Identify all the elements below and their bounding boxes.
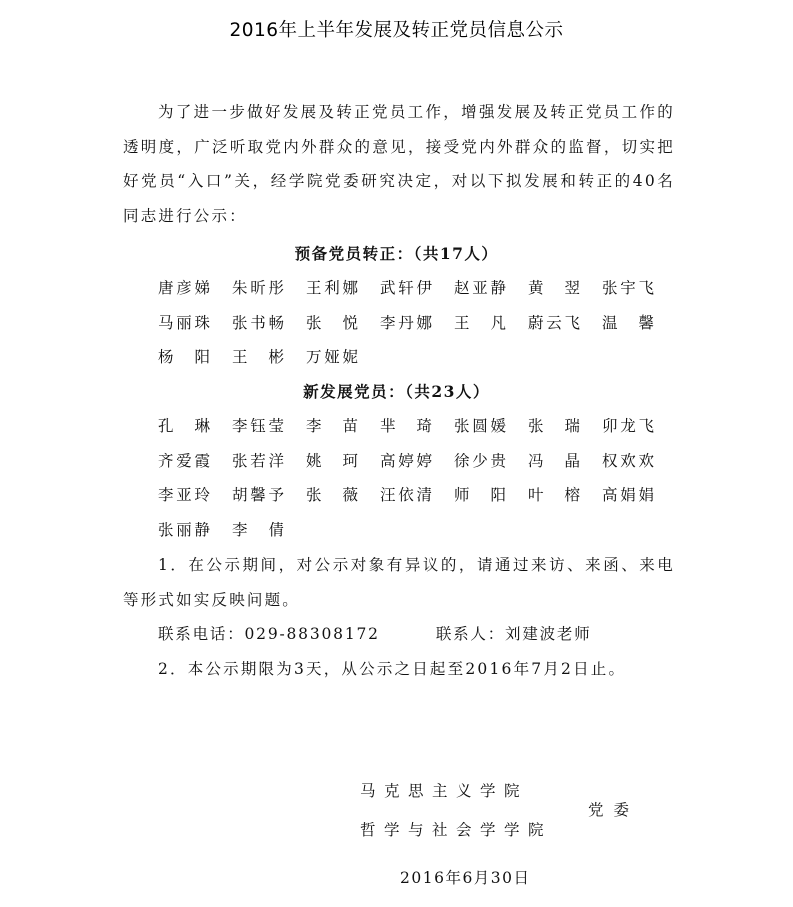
note-period: 2．本公示期限为3天，从公示之日起至2016年7月2日止。 [123, 652, 675, 687]
member-name: 胡馨予 [232, 478, 284, 513]
member-name: 高婷婷 [380, 444, 432, 479]
new-members-name-list: 孔琳李钰莹李苗芈琦张圆媛张瑞卯龙飞齐爱霞张若洋姚珂高婷婷徐少贵冯晶权欢欢李亚玲胡… [158, 409, 678, 547]
member-name: 张丽静 [158, 513, 210, 548]
signature-org-marxism: 马克思主义学院 [360, 779, 528, 801]
member-name: 唐彦娣 [158, 271, 210, 306]
signature-org-philosophy: 哲学与社会学学院 [360, 818, 552, 840]
member-name: 芈琦 [380, 409, 432, 444]
member-name: 叶榕 [528, 478, 580, 513]
member-name: 马丽珠 [158, 306, 210, 341]
document-title: 2016年上半年发展及转正党员信息公示 [0, 16, 793, 42]
member-name: 王利娜 [306, 271, 358, 306]
member-name: 张书畅 [232, 306, 284, 341]
member-name: 张宇飞 [602, 271, 654, 306]
member-name: 孔琳 [158, 409, 210, 444]
member-name: 王彬 [232, 340, 284, 375]
member-name: 师阳 [454, 478, 506, 513]
member-name: 杨阳 [158, 340, 210, 375]
member-name: 武轩伊 [380, 271, 432, 306]
member-name: 张圆媛 [454, 409, 506, 444]
probationary-name-list: 唐彦娣朱昕彤王利娜武轩伊赵亚静黄翌张宇飞马丽珠张书畅张悦李丹娜王凡蔚云飞温馨杨阳… [158, 271, 678, 375]
member-name: 蔚云飞 [528, 306, 580, 341]
new-members-heading: 新发展党员：（共23人） [0, 380, 793, 402]
member-name: 李丹娜 [380, 306, 432, 341]
member-name: 张薇 [306, 478, 358, 513]
member-name: 王凡 [454, 306, 506, 341]
member-name: 徐少贵 [454, 444, 506, 479]
member-name: 李亚玲 [158, 478, 210, 513]
member-name: 黄翌 [528, 271, 580, 306]
member-name: 李钰莹 [232, 409, 284, 444]
member-name: 冯晶 [528, 444, 580, 479]
member-name: 朱昕彤 [232, 271, 284, 306]
probationary-heading: 预备党员转正：（共17人） [0, 242, 793, 264]
contact-phone: 联系电话：029-88308172 [158, 625, 380, 643]
member-name: 温馨 [602, 306, 654, 341]
contact-person: 联系人：刘建波老师 [436, 625, 592, 643]
member-name: 齐爱霞 [158, 444, 210, 479]
intro-paragraph: 为了进一步做好发展及转正党员工作，增强发展及转正党员工作的透明度，广泛听取党内外… [123, 95, 675, 233]
member-name: 李苗 [306, 409, 358, 444]
member-name: 李倩 [232, 513, 284, 548]
member-name: 张瑞 [528, 409, 580, 444]
member-name: 汪依清 [380, 478, 432, 513]
member-name: 张悦 [306, 306, 358, 341]
member-name: 卯龙飞 [602, 409, 654, 444]
member-name: 张若洋 [232, 444, 284, 479]
note-objection: 1．在公示期间，对公示对象有异议的，请通过来访、来函、来电等形式如实反映问题。 [123, 548, 675, 617]
member-name: 赵亚静 [454, 271, 506, 306]
signature-party-committee: 党委 [588, 798, 639, 820]
signature-date: 2016年6月30日 [400, 866, 531, 888]
member-name: 姚珂 [306, 444, 358, 479]
member-name: 万娅妮 [306, 340, 358, 375]
contact-line: 联系电话：029-88308172联系人：刘建波老师 [158, 617, 592, 652]
member-name: 高娟娟 [602, 478, 654, 513]
member-name: 权欢欢 [602, 444, 654, 479]
